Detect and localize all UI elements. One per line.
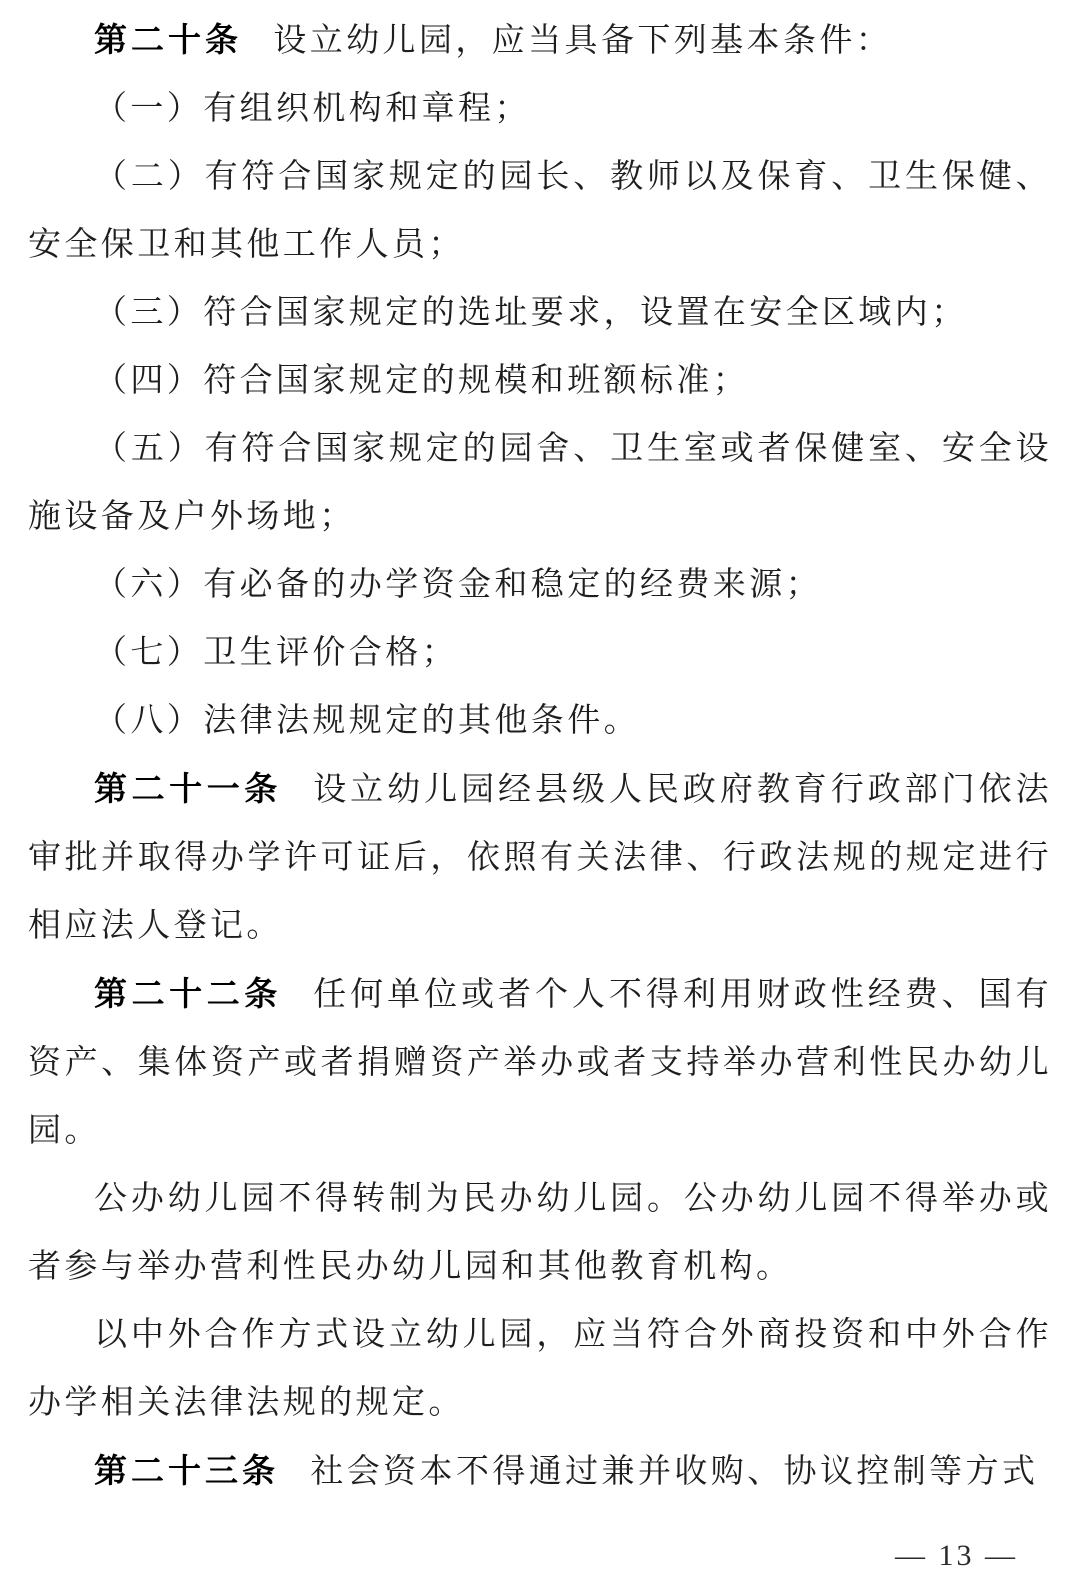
list-item-3-text: （三）符合国家规定的选址要求，设置在安全区域内； (94, 295, 968, 331)
paragraph-article-23: 第二十三条社会资本不得通过兼并收购、协议控制等方式 (28, 1437, 1052, 1506)
page-number: — 13 — (895, 1536, 1018, 1576)
list-item-4-text: （四）符合国家规定的规模和班额标准； (94, 363, 749, 399)
article-20-heading: 第二十条 (94, 21, 242, 58)
article-22-paragraph-2-text: 公办幼儿园不得转制为民办幼儿园。公办幼儿园不得举办或者参与举办营利性民办幼儿园和… (28, 1181, 1052, 1285)
document-page: 第二十条设立幼儿园，应当具备下列基本条件： （一）有组织机构和章程； （二）有符… (0, 0, 1080, 1596)
article-23-heading: 第二十三条 (94, 1452, 279, 1489)
article-22-paragraph-3: 以中外合作方式设立幼儿园，应当符合外商投资和中外合作办学相关法律法规的规定。 (28, 1301, 1052, 1437)
article-22-paragraph-3-text: 以中外合作方式设立幼儿园，应当符合外商投资和中外合作办学相关法律法规的规定。 (28, 1317, 1052, 1421)
article-22-heading: 第二十二条 (94, 975, 282, 1012)
list-item-2: （二）有符合国家规定的园长、教师以及保育、卫生保健、安全保卫和其他工作人员； (28, 143, 1052, 279)
list-item-1-text: （一）有组织机构和章程； (94, 91, 531, 127)
list-item-5: （五）有符合国家规定的园舍、卫生室或者保健室、安全设施设备及户外场地； (28, 415, 1052, 551)
list-item-6-text: （六）有必备的办学资金和稳定的经费来源； (94, 567, 822, 603)
list-item-6: （六）有必备的办学资金和稳定的经费来源； (28, 551, 1052, 619)
document-body: 第二十条设立幼儿园，应当具备下列基本条件： （一）有组织机构和章程； （二）有符… (28, 6, 1052, 1506)
list-item-4: （四）符合国家规定的规模和班额标准； (28, 347, 1052, 415)
article-20-text: 设立幼儿园，应当具备下列基本条件： (273, 23, 892, 59)
list-item-2-text: （二）有符合国家规定的园长、教师以及保育、卫生保健、安全保卫和其他工作人员； (28, 159, 1052, 263)
article-23-text: 社会资本不得通过兼并收购、协议控制等方式 (310, 1454, 1038, 1490)
list-item-3: （三）符合国家规定的选址要求，设置在安全区域内； (28, 279, 1052, 347)
list-item-8-text: （八）法律法规规定的其他条件。 (94, 703, 640, 739)
list-item-7-text: （七）卫生评价合格； (94, 635, 458, 671)
list-item-7: （七）卫生评价合格； (28, 619, 1052, 687)
paragraph-article-22: 第二十二条任何单位或者个人不得利用财政性经费、国有资产、集体资产或者捐赠资产举办… (28, 960, 1052, 1165)
list-item-8: （八）法律法规规定的其他条件。 (28, 687, 1052, 755)
list-item-5-text: （五）有符合国家规定的园舍、卫生室或者保健室、安全设施设备及户外场地； (28, 431, 1052, 535)
article-22-paragraph-2: 公办幼儿园不得转制为民办幼儿园。公办幼儿园不得举办或者参与举办营利性民办幼儿园和… (28, 1165, 1052, 1301)
paragraph-article-21: 第二十一条设立幼儿园经县级人民政府教育行政部门依法审批并取得办学许可证后，依照有… (28, 755, 1052, 960)
list-item-1: （一）有组织机构和章程； (28, 75, 1052, 143)
article-21-heading: 第二十一条 (94, 770, 282, 807)
paragraph-article-20: 第二十条设立幼儿园，应当具备下列基本条件： (28, 6, 1052, 75)
